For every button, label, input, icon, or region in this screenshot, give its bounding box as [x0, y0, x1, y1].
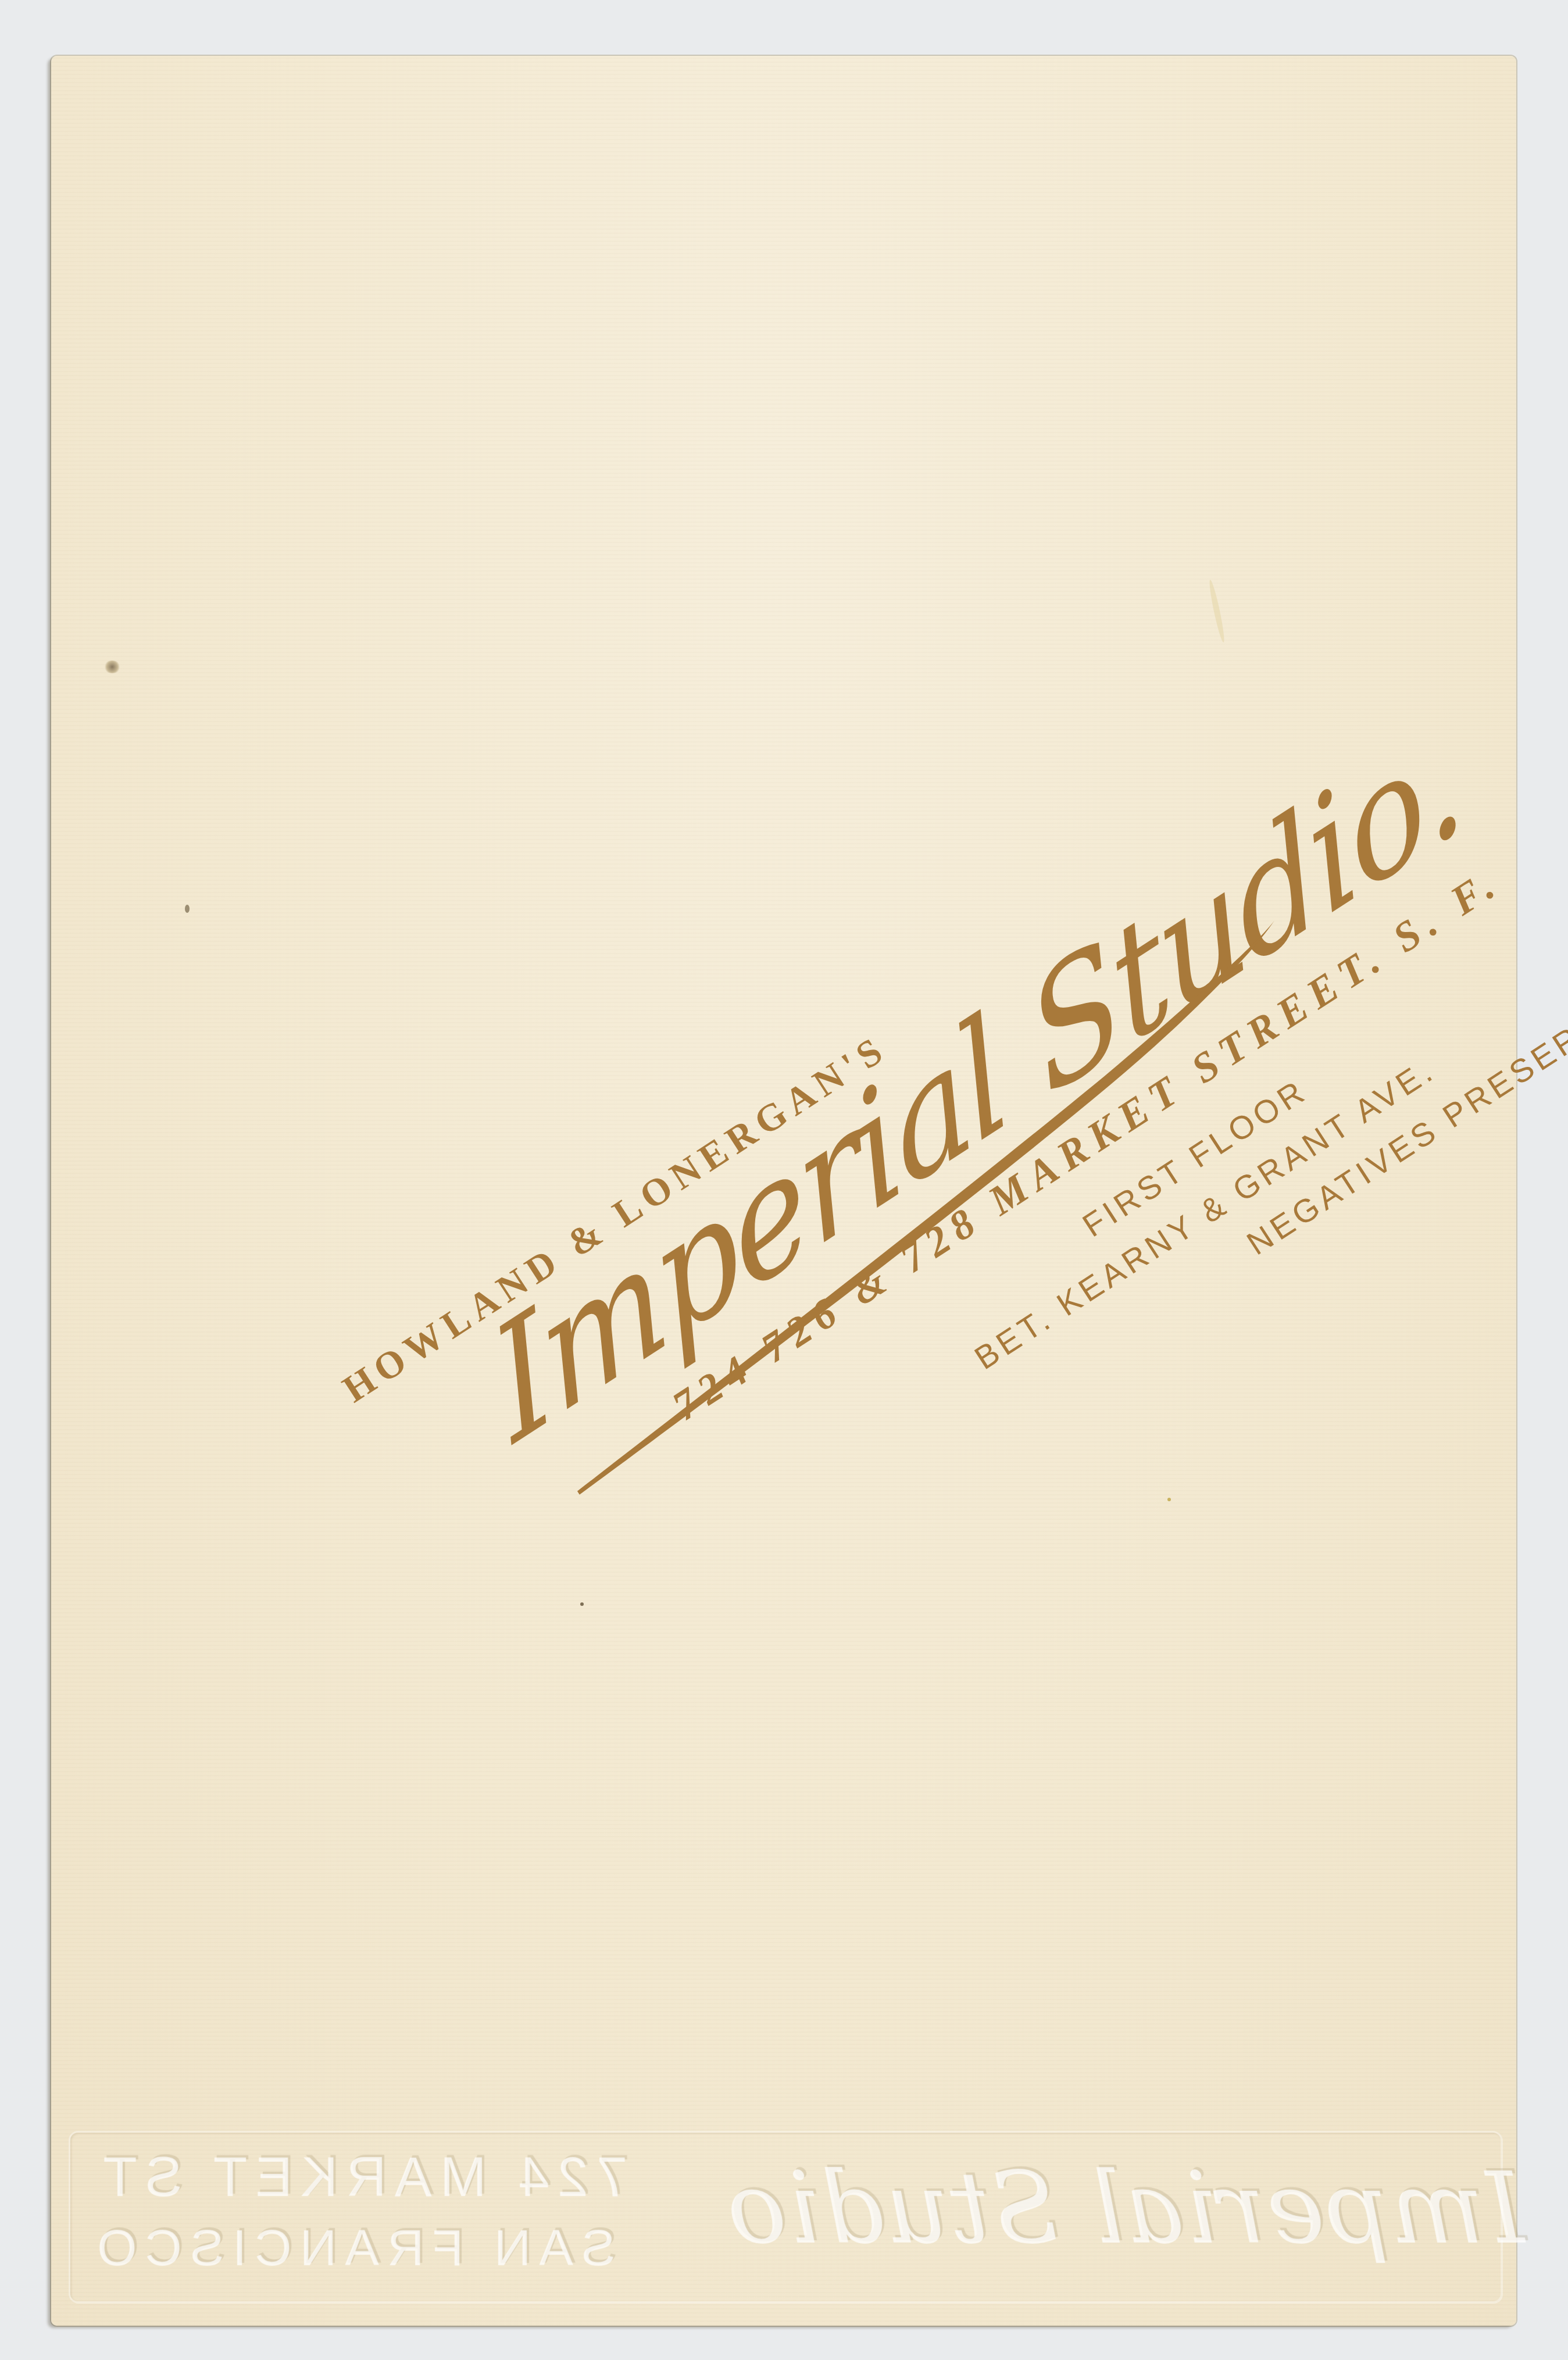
emboss-studio-script: Imperial Studio	[727, 2150, 1526, 2265]
blind-emboss-stamp: 724 MARKET ST SAN FRANCISCO Imperial Stu…	[69, 2131, 1502, 2303]
foxing-mark	[103, 660, 121, 673]
speck	[185, 905, 190, 913]
emboss-street: 724 MARKET ST	[96, 2144, 628, 2208]
emboss-city: SAN FRANCISCO	[90, 2217, 617, 2276]
stain-mark	[1208, 579, 1227, 643]
speck	[1167, 1498, 1171, 1501]
speck	[580, 1602, 584, 1606]
